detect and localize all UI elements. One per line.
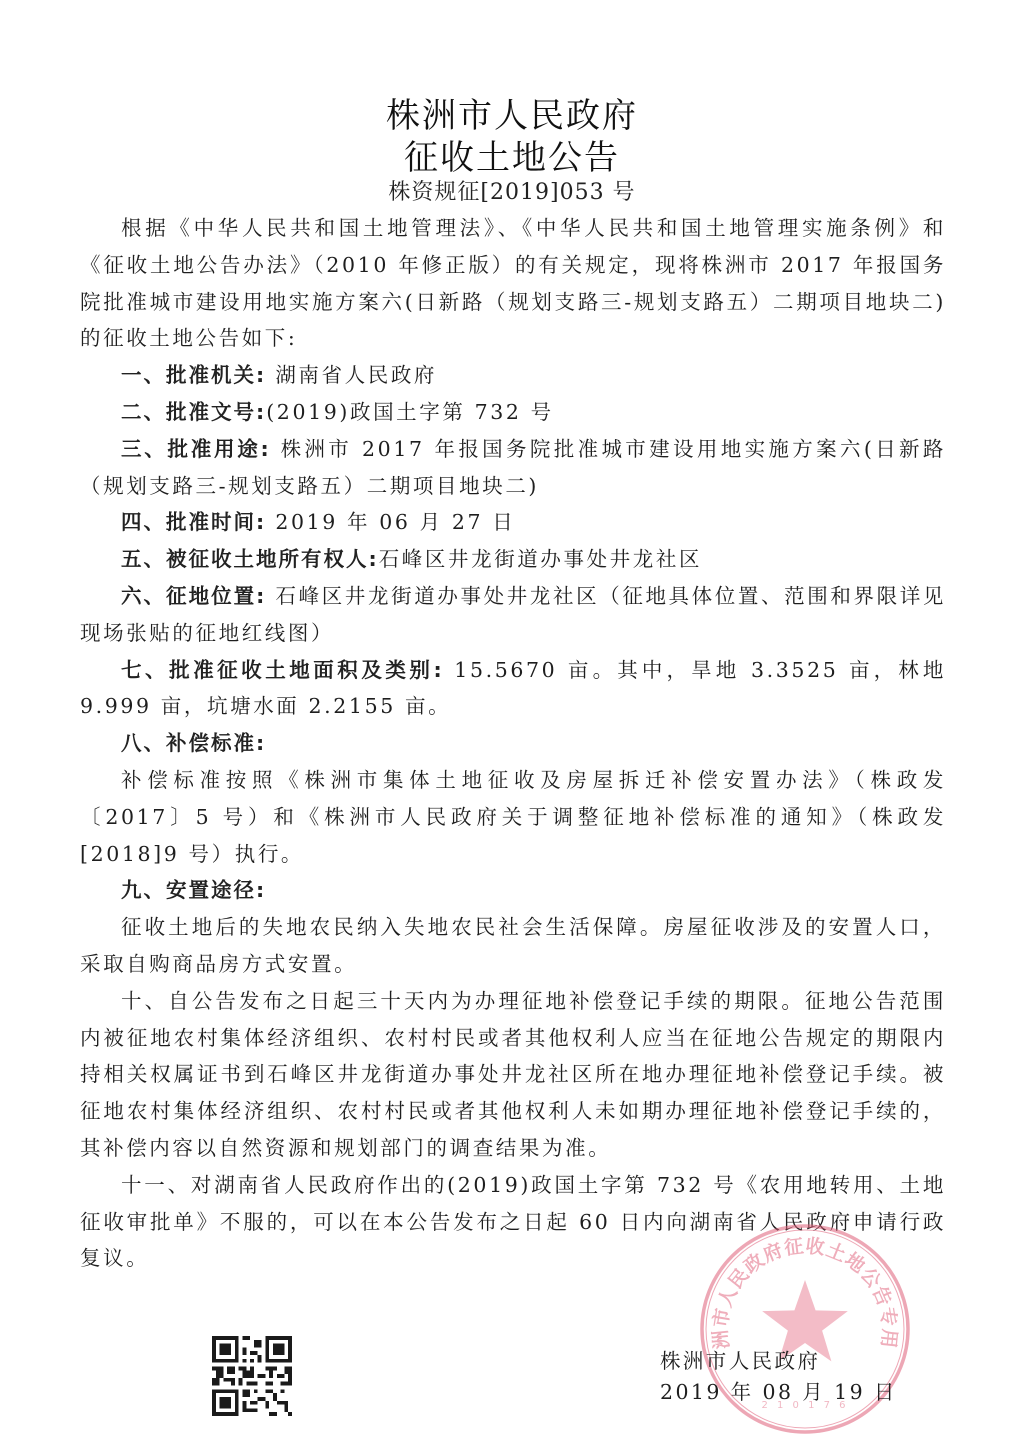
item-label: 五、被征收土地所有权人: bbox=[121, 547, 379, 571]
item-text: (2019)政国土字第 732 号 bbox=[266, 400, 554, 424]
item-approval-date: 四、批准时间: 2019 年 06 月 27 日 bbox=[80, 504, 946, 541]
item-land-owner: 五、被征收土地所有权人:石峰区井龙街道办事处井龙社区 bbox=[80, 541, 946, 578]
qr-code-icon bbox=[212, 1336, 292, 1416]
item-approval-purpose: 三、批准用途: 株洲市 2017 年报国务院批准城市建设用地实施方案六(日新路（… bbox=[80, 431, 946, 505]
signature-issuer: 株洲市人民政府 bbox=[660, 1346, 897, 1377]
signature-date: 2019 年 08 月 19 日 bbox=[660, 1377, 897, 1408]
item-land-area: 七、批准征收土地面积及类别: 15.5670 亩。其中，旱地 3.3525 亩，… bbox=[80, 652, 946, 726]
item-resettlement-text: 征收土地后的失地农民纳入失地农民社会生活保障。房屋征收涉及的安置人口，采取自购商… bbox=[80, 909, 946, 983]
signature-block: 株洲市人民政府 2019 年 08 月 19 日 bbox=[660, 1346, 897, 1408]
document-number: 株资规征[2019]053 号 bbox=[0, 175, 1024, 206]
item-label: 三、批准用途: bbox=[121, 437, 271, 461]
item-text: 湖南省人民政府 bbox=[266, 363, 437, 387]
item-label: 六、征地位置: bbox=[121, 584, 266, 608]
item-label: 七、批准征收土地面积及类别: bbox=[121, 658, 444, 682]
item-text: 石峰区井龙街道办事处井龙社区 bbox=[379, 547, 702, 571]
item-label: 四、批准时间: bbox=[121, 510, 266, 534]
item-compensation-heading: 八、补偿标准: bbox=[80, 725, 946, 762]
notice-body: 根据《中华人民共和国土地管理法》、《中华人民共和国土地管理实施条例》和《征收土地… bbox=[80, 210, 946, 1277]
item-text: 2019 年 06 月 27 日 bbox=[266, 510, 515, 534]
item-compensation-text: 补偿标准按照《株洲市集体土地征收及房屋拆迁补偿安置办法》（株政发〔2017〕5 … bbox=[80, 762, 946, 872]
item-approval-number: 二、批准文号:(2019)政国土字第 732 号 bbox=[80, 394, 946, 431]
item-registration-period: 十、自公告发布之日起三十天内为办理征地补偿登记手续的期限。征地公告范围内被征地农… bbox=[80, 983, 946, 1167]
notice-page: 株洲市人民政府 征收土地公告 株资规征[2019]053 号 根据《中华人民共和… bbox=[0, 0, 1024, 1449]
item-label: 一、批准机关: bbox=[121, 363, 266, 387]
item-approval-authority: 一、批准机关: 湖南省人民政府 bbox=[80, 357, 946, 394]
intro-paragraph: 根据《中华人民共和国土地管理法》、《中华人民共和国土地管理实施条例》和《征收土地… bbox=[80, 210, 946, 357]
item-label: 九、安置途径: bbox=[121, 878, 266, 902]
item-label: 二、批准文号: bbox=[121, 400, 266, 424]
item-administrative-review: 十一、对湖南省人民政府作出的(2019)政国土字第 732 号《农用地转用、土地… bbox=[80, 1167, 946, 1277]
item-label: 八、补偿标准: bbox=[121, 731, 266, 755]
item-resettlement-heading: 九、安置途径: bbox=[80, 872, 946, 909]
notice-title: 征收土地公告 bbox=[0, 130, 1024, 179]
item-land-location: 六、征地位置: 石峰区井龙街道办事处井龙社区（征地具体位置、范围和界限详见现场张… bbox=[80, 578, 946, 652]
